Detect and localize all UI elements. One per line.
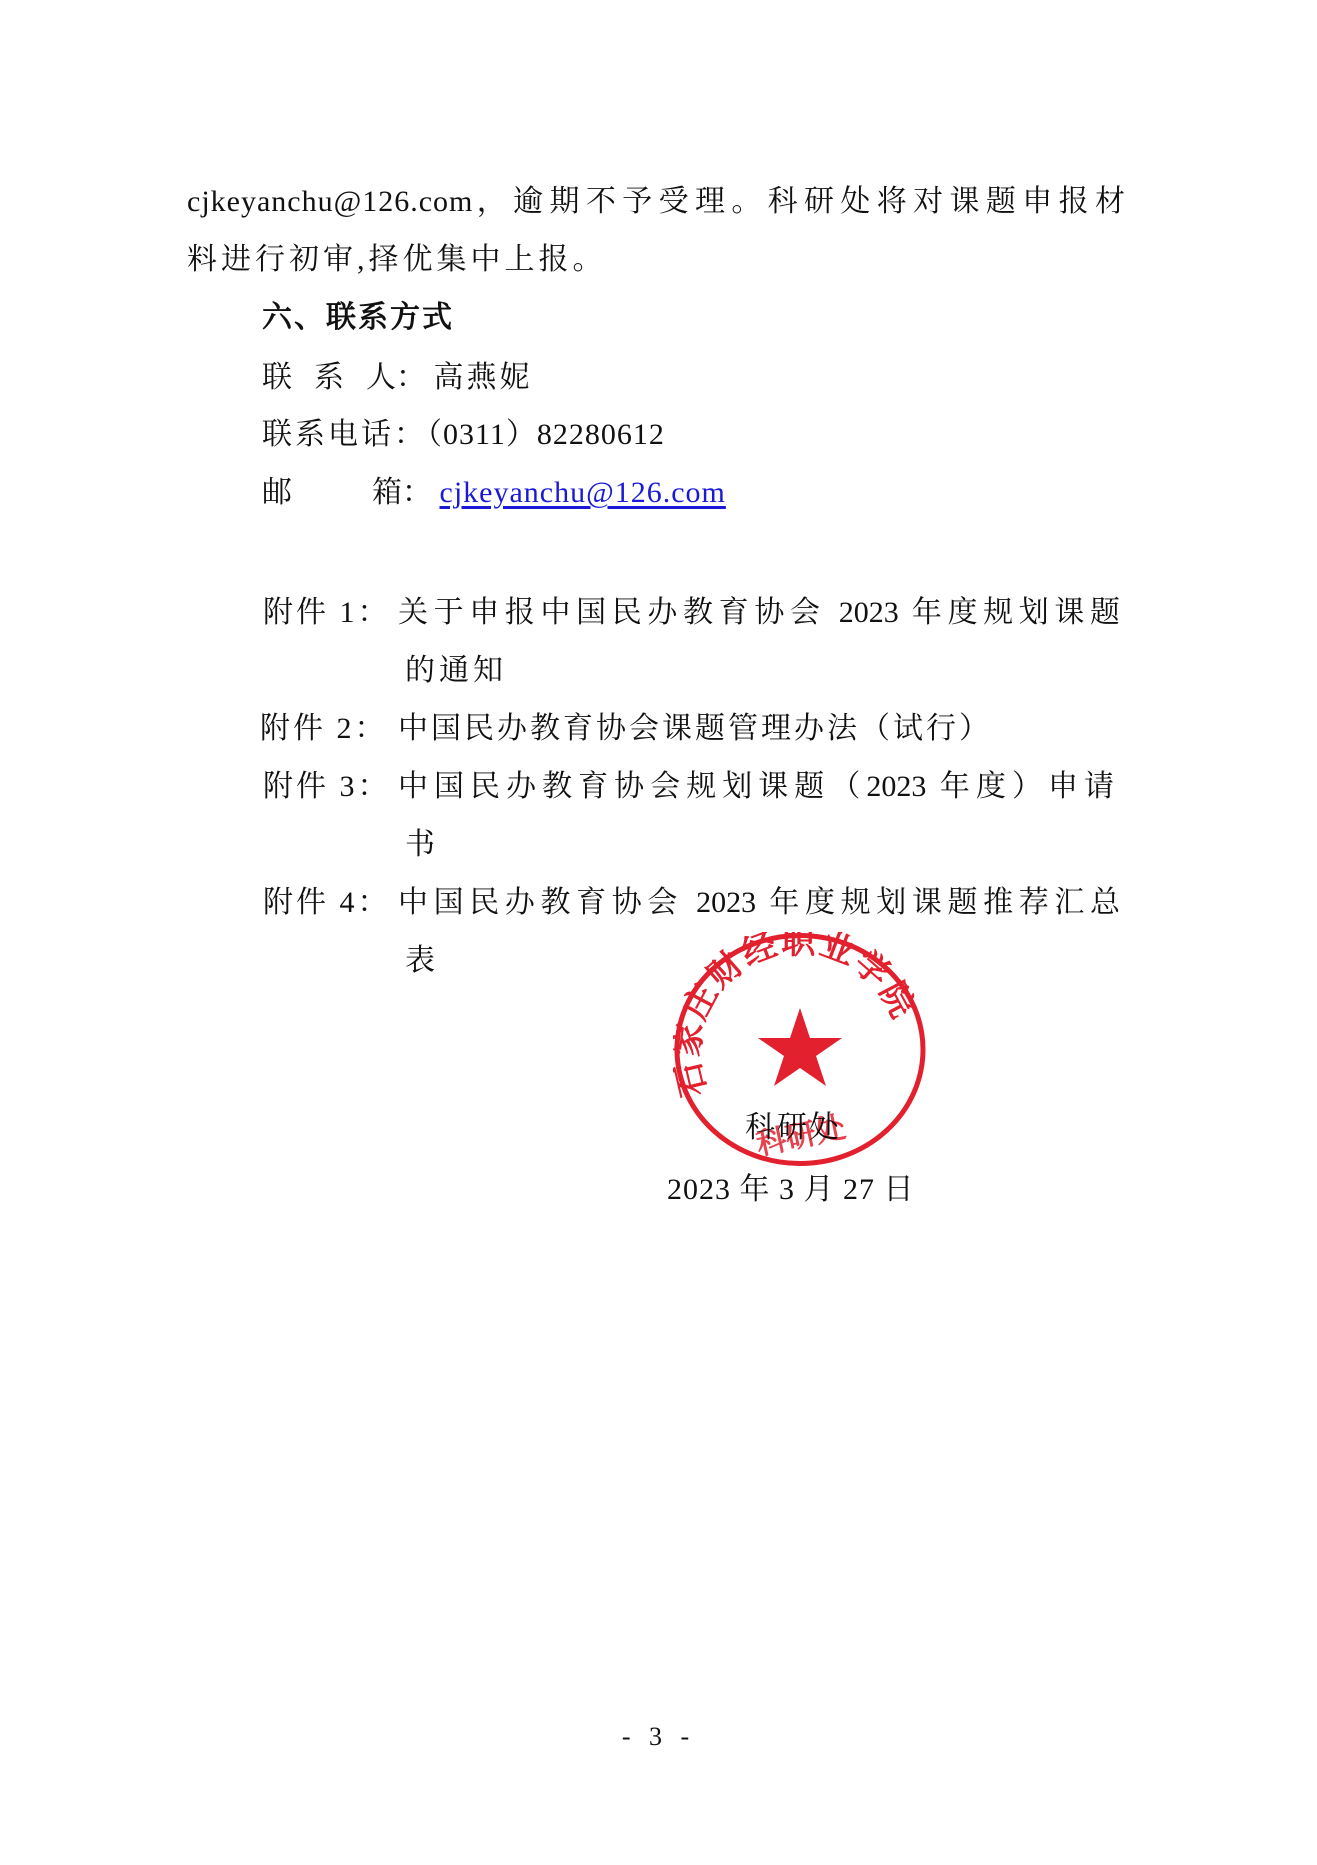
attachment-2-label: 附件 2： — [260, 709, 388, 749]
attachment-1-title-cont: 的通知 — [405, 651, 507, 691]
attachment-1-title: 关于申报中国民办教育协会 2023 年度规划课题 — [398, 593, 1120, 633]
contact-email-link[interactable]: cjkeyanchu@126.com — [440, 476, 726, 509]
attachment-2-title: 中国民办教育协会课题管理办法（试行） — [398, 709, 992, 749]
attachment-4-title-cont: 表 — [405, 941, 435, 981]
paragraph-line-2: 料进行初审,择优集中上报。 — [187, 240, 607, 280]
attachment-3-title: 中国民办教育协会规划课题（2023 年度）申请 — [398, 767, 1114, 807]
contact-phone-value: （0311）82280612 — [427, 418, 665, 451]
paragraph-text: ，逾期不予受理。科研处将对课题申报材 — [473, 185, 1128, 218]
contact-person-label: 联系人： — [262, 361, 434, 394]
seal-star-icon — [758, 1008, 842, 1086]
contact-person-row: 联系人： 高燕妮 — [262, 358, 533, 398]
contact-phone-label: 联系电话： — [262, 418, 427, 451]
contact-person-value: 高燕妮 — [434, 361, 533, 394]
paragraph-text: 料进行初审,择优集中上报。 — [187, 243, 607, 276]
signature-date: 2023 年 3 月 27 日 — [667, 1170, 915, 1210]
contact-phone-row: 联系电话：（0311）82280612 — [262, 415, 665, 455]
attachment-1-label: 附件 1： — [263, 593, 391, 633]
attachment-3-label: 附件 3： — [263, 767, 391, 807]
attachment-4-label: 附件 4： — [263, 883, 391, 923]
attachment-3-title-cont: 书 — [405, 825, 435, 865]
contact-email-row: 邮箱： cjkeyanchu@126.com — [262, 473, 726, 513]
section-heading: 六、联系方式 — [262, 298, 454, 338]
attachment-4-title: 中国民办教育协会 2023 年度规划课题推荐汇总 — [398, 883, 1120, 923]
paragraph-line-1: cjkeyanchu@126.com，逾期不予受理。科研处将对课题申报材 — [187, 182, 1128, 222]
email-text: cjkeyanchu@126.com — [187, 185, 473, 218]
contact-email-label: 邮箱： — [262, 476, 440, 509]
page-number: - 3 - — [0, 1717, 1317, 1757]
signature-department: 科研处 — [745, 1108, 841, 1148]
